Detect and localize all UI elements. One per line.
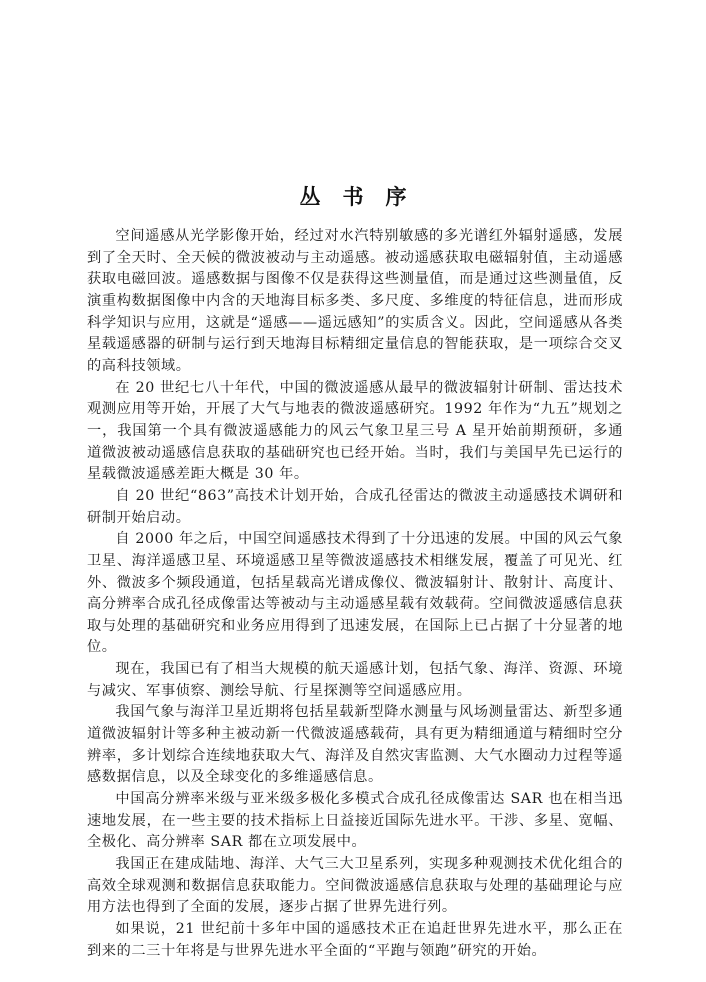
paragraph-3: 自 20 世纪“863”高技术计划开始，合成孔径雷达的微波主动遥感技术调研和研制… — [87, 486, 623, 529]
document-page: 丛书序 空间遥感从光学影像开始，经过对水汽特别敏感的多光谱红外辐射遥感，发展到了… — [0, 0, 706, 982]
paragraph-7: 中国高分辨率米级与亚米级多极化多模式合成孔径成像雷达 SAR 也在相当迅速地发展… — [87, 789, 623, 854]
paragraph-4: 自 2000 年之后，中国空间遥感技术得到了十分迅速的发展。中国的风云气象卫星、… — [87, 529, 623, 659]
document-body: 空间遥感从光学影像开始，经过对水汽特别敏感的多光谱红外辐射遥感，发展到了全天时、… — [87, 226, 623, 962]
paragraph-8: 我国正在建成陆地、海洋、大气三大卫星系列，实现多种观测技术优化组合的高效全球观测… — [87, 854, 623, 919]
paragraph-2: 在 20 世纪七八十年代，中国的微波遥感从最早的微波辐射计研制、雷达技术观测应用… — [87, 378, 623, 486]
paragraph-6: 我国气象与海洋卫星近期将包括星载新型降水测量与风场测量雷达、新型多通道微波辐射计… — [87, 702, 623, 789]
paragraph-1: 空间遥感从光学影像开始，经过对水汽特别敏感的多光谱红外辐射遥感，发展到了全天时、… — [87, 226, 623, 378]
page-title: 丛书序 — [0, 182, 706, 212]
paragraph-5: 现在，我国已有了相当大规模的航天遥感计划，包括气象、海洋、资源、环境与减灾、军事… — [87, 659, 623, 702]
paragraph-9: 如果说，21 世纪前十多年中国的遥感技术正在追赶世界先进水平，那么正在到来的二三… — [87, 919, 623, 962]
